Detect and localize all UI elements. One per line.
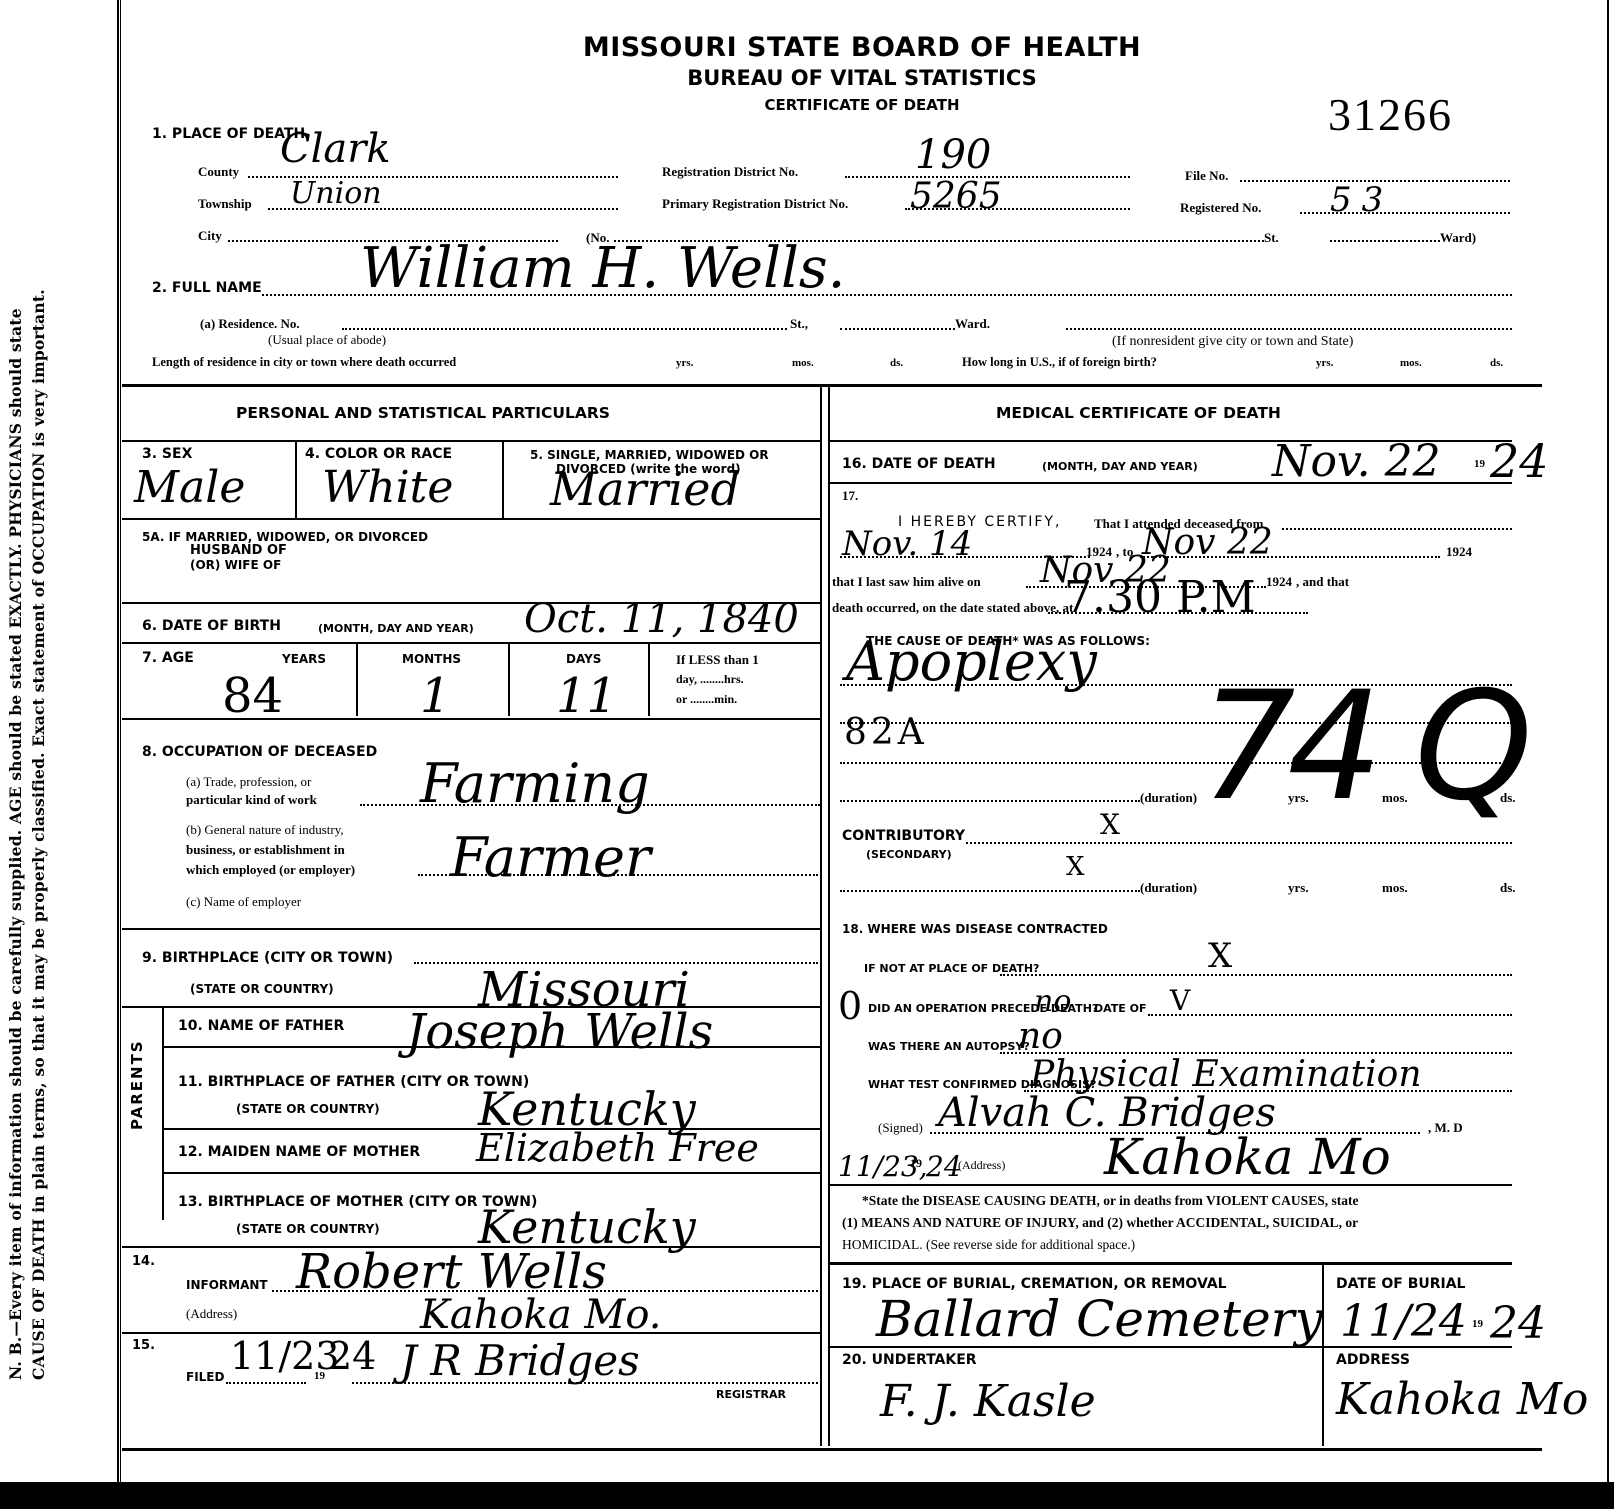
spouse-label-3: (OR) WIFE OF [190, 558, 281, 572]
contributory-yrs-label: yrs. [1288, 880, 1309, 896]
residence-label: (a) Residence. No. [200, 316, 300, 332]
rule-parents [162, 1006, 164, 1220]
contributory-sublabel: (SECONDARY) [866, 848, 952, 861]
item-15-number: 15. [132, 1338, 155, 1353]
registration-district-value[interactable]: 190 [915, 132, 991, 178]
rule-dob [122, 642, 820, 644]
filed-year-prefix: 19 [314, 1370, 325, 1382]
age-months-label: MONTHS [402, 652, 461, 666]
sex-value[interactable]: Male [134, 462, 245, 513]
mother-birthplace-state-label: (STATE OR COUNTRY) [236, 1222, 380, 1236]
bureau-title: BUREAU OF VITAL STATISTICS [0, 66, 1614, 90]
rule-burial-date [1322, 1264, 1324, 1446]
residence-number-line [342, 328, 787, 330]
rule-race-marital [502, 442, 504, 518]
spouse-label-1: 5A. IF MARRIED, WIDOWED, OR DIVORCED [142, 530, 428, 544]
operation-date-value[interactable]: V [1170, 984, 1190, 1017]
rule-sex-row [122, 518, 820, 520]
operation-value[interactable]: no [1034, 984, 1071, 1019]
not-at-place-value[interactable]: X [1208, 936, 1232, 976]
where-contracted-label: 18. WHERE WAS DISEASE CONTRACTED [842, 922, 1108, 936]
residence-ward-line [840, 328, 955, 330]
informant-address-label: (Address) [186, 1306, 237, 1322]
footnote-line-1: *State the DISEASE CAUSING DEATH, or in … [862, 1190, 1358, 1211]
burial-place-value[interactable]: Ballard Cemetery [876, 1290, 1323, 1348]
less-hrs-label: day, ........hrs. [676, 672, 744, 687]
footnote-line-3: HOMICIDAL. (See reverse side for additio… [842, 1234, 1135, 1255]
age-years-value[interactable]: 84 [222, 668, 283, 724]
undertaker-value[interactable]: F. J. Kasle [880, 1376, 1096, 1427]
father-birthplace-label: 11. BIRTHPLACE OF FATHER (CITY OR TOWN) [178, 1074, 529, 1090]
rule-mother [164, 1172, 820, 1174]
residence-ds-label: ds. [890, 357, 903, 369]
rule-age-years [356, 644, 358, 716]
column-divider-2 [828, 386, 830, 1446]
filed-year-value[interactable]: 24 [328, 1334, 376, 1378]
dob-sublabel: (MONTH, DAY AND YEAR) [318, 622, 474, 635]
dod-value[interactable]: Nov. 22 [1272, 436, 1441, 487]
birthplace-label: 9. BIRTHPLACE (CITY OR TOWN) [142, 950, 393, 966]
nonresident-note: (If nonresident give city or town and St… [1112, 334, 1353, 350]
physician-address-label: (Address) [958, 1158, 1005, 1173]
header-divider [122, 384, 1542, 387]
contributory-value[interactable]: X [1100, 808, 1120, 841]
rule-personal-heading [122, 440, 820, 442]
registered-number-label: Registered No. [1180, 200, 1261, 216]
length-of-residence-label: Length of residence in city or town wher… [152, 355, 456, 370]
physician-address-value[interactable]: Kahoka Mo [1104, 1128, 1391, 1186]
less-than-day-label: If LESS than 1 [676, 652, 759, 668]
occupation-b-label-1: (b) General nature of industry, [186, 822, 344, 838]
autopsy-value[interactable]: no [1018, 1016, 1063, 1057]
cause-yrs-label: yrs. [1288, 790, 1309, 806]
occupation-a-label-1: (a) Trade, profession, or [186, 774, 311, 790]
certificate-number: 31266 [1328, 88, 1453, 141]
column-divider-1 [820, 386, 822, 1446]
operation-date-line [1148, 1014, 1512, 1016]
father-birthplace-state-label: (STATE OR COUNTRY) [236, 1102, 380, 1116]
dod-label: 16. DATE OF DEATH [842, 456, 996, 472]
diagnosis-test-value[interactable]: Physical Examination [1030, 1054, 1422, 1095]
primary-registration-value[interactable]: 5265 [910, 176, 1002, 217]
burial-date-value[interactable]: 11/24 [1340, 1296, 1467, 1347]
rule-occupation [122, 928, 820, 930]
item-14-number: 14. [132, 1254, 155, 1269]
occupation-b-value[interactable]: Farmer [450, 826, 651, 889]
margin-instructions-line1: N. B.—Every item of information should b… [4, 80, 27, 1380]
spouse-label-2: HUSBAND OF [190, 543, 287, 558]
classification-stamp: 74 Q [1200, 660, 1525, 834]
foreign-mos-label: mos. [1400, 357, 1422, 369]
and-that-label: , and that [1296, 574, 1349, 590]
residence-yrs-label: yrs. [676, 357, 693, 369]
contributory-duration-label: (duration) [1140, 880, 1197, 896]
rule-age [122, 718, 820, 720]
township-value[interactable]: Union [290, 176, 382, 211]
board-title: MISSOURI STATE BOARD OF HEALTH [0, 32, 1614, 63]
duration-line [840, 800, 1140, 802]
cause-mos-label: mos. [1382, 790, 1408, 806]
dod-year[interactable]: 24 [1490, 434, 1549, 488]
death-time-label: death occurred, on the date stated above… [832, 600, 1073, 616]
residence-mos-label: mos. [792, 357, 814, 369]
contributory-value-2[interactable]: X [1066, 852, 1085, 882]
marital-value[interactable]: Married [550, 462, 740, 516]
burial-date-label: DATE OF BURIAL [1336, 1276, 1465, 1292]
attended-from-value[interactable]: Nov. 14 [842, 524, 972, 564]
burial-year[interactable]: 24 [1490, 1298, 1546, 1349]
cause-ds-label: ds. [1500, 790, 1516, 806]
occupation-b-label-3: which employed (or employer) [186, 862, 355, 878]
cause-code[interactable]: 82A [844, 712, 928, 753]
father-label: 10. NAME OF FATHER [178, 1018, 344, 1034]
full-name-value[interactable]: William H. Wells. [360, 236, 845, 301]
operation-date-label: DATE OF [1094, 1002, 1147, 1015]
filed-date-line [226, 1382, 306, 1384]
signed-year-prefix: 19 [910, 1156, 922, 1171]
footer-divider [122, 1448, 1542, 1451]
city-label: City [198, 228, 222, 244]
rule-burial [830, 1346, 1512, 1348]
contributory-line [966, 842, 1512, 844]
county-value[interactable]: Clark [280, 126, 391, 172]
rule-footnote [830, 1262, 1512, 1265]
file-number-label: File No. [1185, 168, 1228, 184]
md-label: , M. D [1428, 1120, 1463, 1136]
contributory-ds-label: ds. [1500, 880, 1516, 896]
county-label: County [198, 164, 239, 180]
rule-age-months [508, 644, 510, 716]
township-label: Township [198, 196, 252, 212]
primary-registration-label: Primary Registration District No. [662, 196, 848, 212]
occupation-a-value[interactable]: Farming [420, 752, 650, 815]
age-label: 7. AGE [142, 650, 194, 666]
foreign-ds-label: ds. [1490, 357, 1503, 369]
foreign-birth-label: How long in U.S., if of foreign birth? [962, 355, 1157, 370]
street-label: St. [1264, 230, 1279, 246]
rule-age-days [648, 644, 650, 716]
signed-year[interactable]: 24 [926, 1150, 962, 1183]
last-saw-year[interactable]: 1924 [1266, 574, 1292, 590]
registrar-signature[interactable]: J R Bridges [400, 1336, 640, 1385]
contributory-label: CONTRIBUTORY [842, 828, 965, 844]
residence-street-label: St., [790, 316, 808, 332]
foreign-yrs-label: yrs. [1316, 357, 1333, 369]
personal-heading: PERSONAL AND STATISTICAL PARTICULARS [236, 404, 610, 422]
cause-duration-label: (duration) [1140, 790, 1197, 806]
informant-label: INFORMANT [186, 1278, 268, 1292]
scan-bottom-edge [0, 1482, 1614, 1509]
signed-label: (Signed) [878, 1120, 923, 1136]
mother-maiden-value[interactable]: Elizabeth Free [476, 1126, 759, 1170]
operation-mark: 0 [838, 984, 862, 1028]
attended-to-year[interactable]: 1924 [1446, 544, 1472, 560]
last-saw-label: that I last saw him alive on [832, 574, 981, 590]
dod-sublabel: (MONTH, DAY AND YEAR) [1042, 460, 1198, 473]
rule-father [164, 1046, 820, 1048]
dod-year-prefix: 19 [1474, 458, 1485, 470]
father-value[interactable]: Joseph Wells [406, 1004, 713, 1060]
item-17-number: 17. [842, 488, 858, 504]
death-time-value[interactable]: 7.30 P.M [1064, 572, 1256, 623]
footnote-line-2: (1) MEANS AND NATURE OF INJURY, and (2) … [842, 1212, 1358, 1233]
registration-district-label: Registration District No. [662, 164, 798, 180]
age-months-value[interactable]: 1 [420, 668, 451, 724]
form-right-border [1607, 0, 1609, 1482]
occupation-a-label-2: particular kind of work [186, 792, 317, 808]
undertaker-address-label: ADDRESS [1336, 1352, 1410, 1368]
burial-year-prefix: 19 [1472, 1318, 1483, 1330]
registrar-label: REGISTRAR [716, 1388, 786, 1401]
age-days-value[interactable]: 11 [556, 668, 617, 724]
not-at-place-line [1000, 974, 1512, 976]
full-name-label: 2. FULL NAME [152, 280, 262, 296]
filed-label: FILED [186, 1370, 224, 1384]
marital-label: 5. SINGLE, MARRIED, WIDOWED OR [530, 448, 769, 462]
rule-dod [830, 482, 1512, 484]
residence-ward-label: Ward. [955, 316, 990, 332]
age-days-label: DAYS [566, 652, 601, 666]
race-label: 4. COLOR OR RACE [305, 446, 452, 462]
dob-label: 6. DATE OF BIRTH [142, 618, 281, 634]
rule-signature [830, 1184, 1512, 1186]
occupation-c-label: (c) Name of employer [186, 894, 301, 910]
birthplace-state-label: (STATE OR COUNTRY) [190, 982, 334, 996]
occupation-label: 8. OCCUPATION OF DECEASED [142, 744, 377, 760]
contributory-duration-line [840, 890, 1140, 892]
abode-note: (Usual place of abode) [268, 332, 386, 348]
race-value[interactable]: White [322, 462, 453, 513]
ward-label: Ward) [1440, 230, 1476, 246]
less-min-label: or ........min. [676, 692, 737, 707]
margin-instructions-line2: CAUSE OF DEATH in plain terms, so that i… [27, 80, 50, 1380]
undertaker-address-value[interactable]: Kahoka Mo [1336, 1374, 1588, 1425]
attended-from-line-a [1282, 528, 1512, 530]
contributory-mos-label: mos. [1382, 880, 1408, 896]
nonresident-line [1066, 328, 1512, 330]
registered-number-value[interactable]: 53 [1330, 180, 1393, 220]
margin-instructions: N. B.—Every item of information should b… [4, 80, 68, 1380]
parents-label: PARENTS [128, 1039, 146, 1130]
dob-value[interactable]: Oct. 11, 1840 [524, 596, 799, 642]
ward-line [1330, 240, 1440, 242]
mother-maiden-label: 12. MAIDEN NAME OF MOTHER [178, 1144, 420, 1160]
rule-sex-race [295, 442, 297, 518]
sex-label: 3. SEX [142, 446, 192, 462]
undertaker-label: 20. UNDERTAKER [842, 1352, 977, 1368]
age-years-label: YEARS [282, 652, 326, 666]
rule-informant [122, 1332, 820, 1334]
medical-heading: MEDICAL CERTIFICATE OF DEATH [996, 404, 1281, 422]
occupation-b-label-2: business, or establishment in [186, 842, 345, 858]
form-left-border [117, 0, 121, 1482]
